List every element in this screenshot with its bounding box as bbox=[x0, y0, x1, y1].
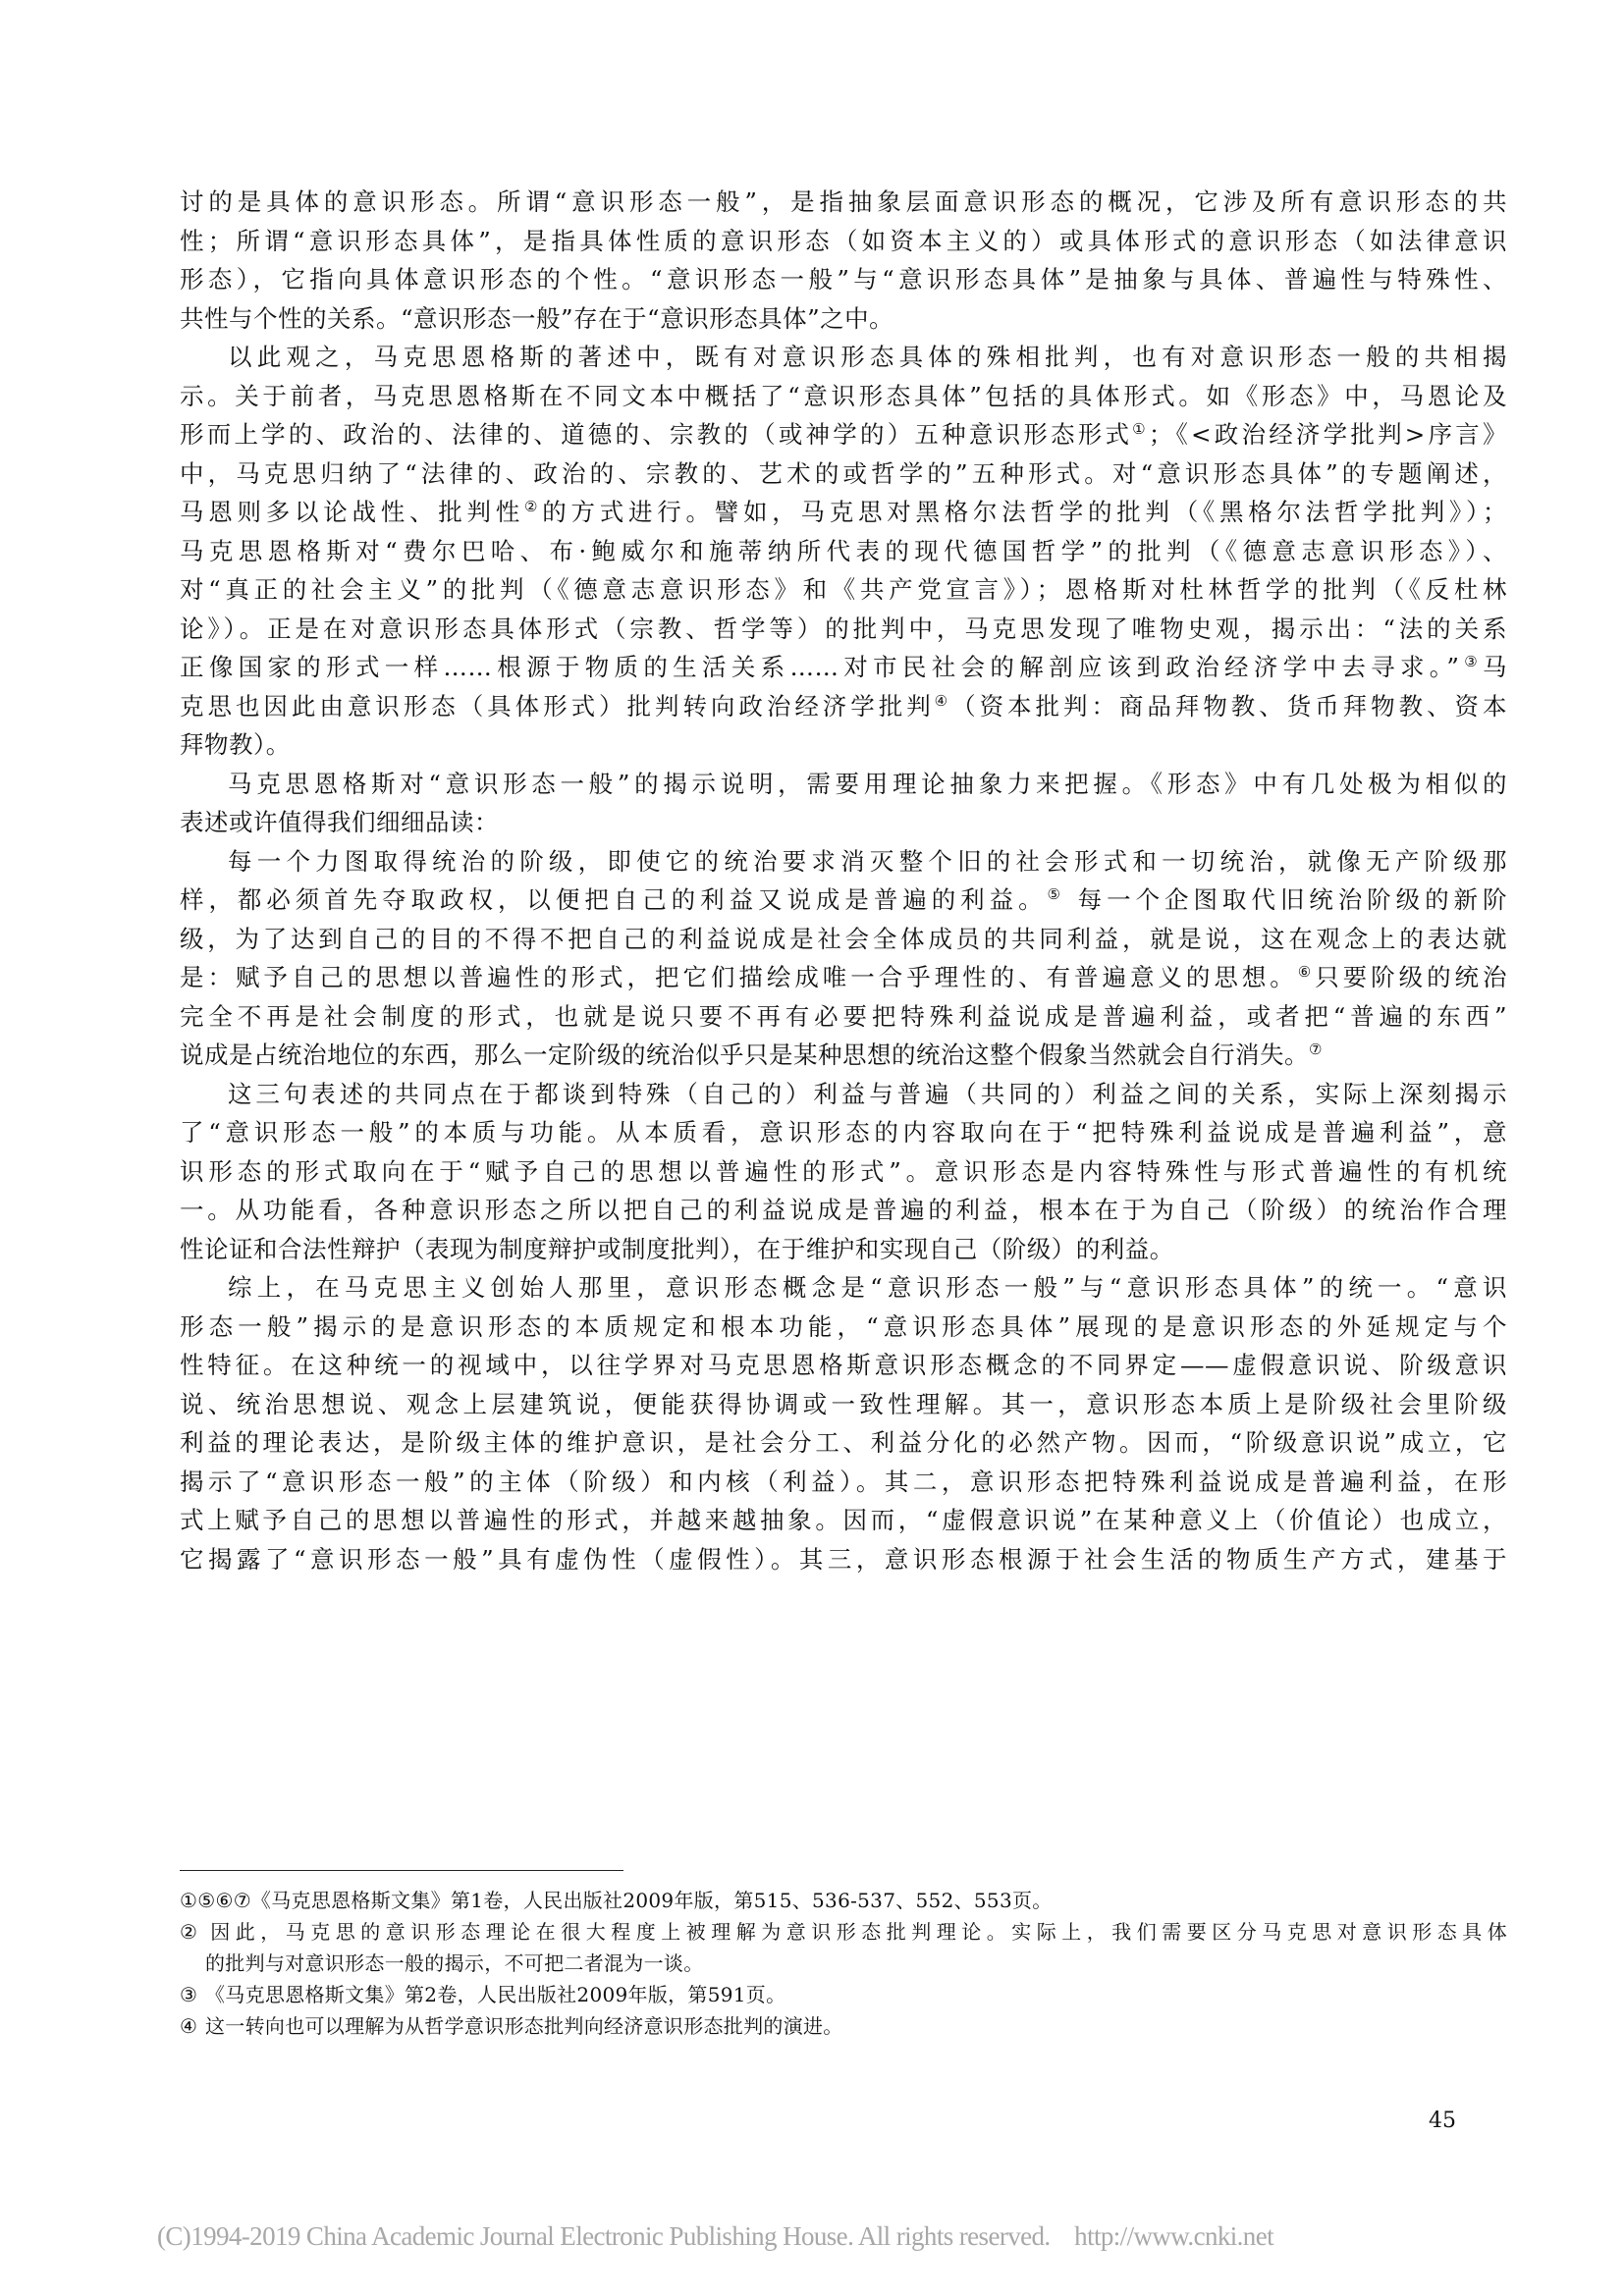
text-span: 说成是占统治地位的东西，那么一定阶级的统治似乎只是某种思想的统治这整个假象当然就… bbox=[180, 1041, 1309, 1069]
text-line: 每一个力图取得统治的阶级，即使它的统治要求消灭整个旧的社会形式和一切统治，就像无… bbox=[180, 842, 1507, 881]
text-span: 只要阶级的统治 bbox=[1315, 963, 1507, 991]
text-line: 马克思恩格斯对“意识形态一般”的揭示说明，需要用理论抽象力来把握。《形态》中有几… bbox=[180, 765, 1507, 804]
text-line: 说成是占统治地位的东西，那么一定阶级的统治似乎只是某种思想的统治这整个假象当然就… bbox=[180, 1036, 1507, 1075]
text-line: 了“意识形态一般”的本质与功能。从本质看，意识形态的内容取向在于“把特殊利益说成… bbox=[180, 1113, 1507, 1152]
text-line: 性论证和合法性辩护（表现为制度辩护或制度批判），在于维护和实现自己（阶级）的利益… bbox=[180, 1230, 1507, 1269]
footnote-mark: ② bbox=[180, 1916, 205, 1948]
footnotes: ①⑤⑥⑦《马克思恩格斯文集》第1卷，人民出版社2009年版，第515、536-5… bbox=[180, 1885, 1507, 2042]
body-text: 讨的是具体的意识形态。所谓“意识形态一般”，是指抽象层面意识形态的概况，它涉及所… bbox=[180, 183, 1507, 1578]
text-line: 马克思恩格斯对“费尔巴哈、布·鲍威尔和施蒂纳所代表的现代德国哲学”的批判（《德意… bbox=[180, 532, 1507, 571]
text-line: 一。从功能看，各种意识形态之所以把自己的利益说成是普遍的利益，根本在于为自己（阶… bbox=[180, 1191, 1507, 1230]
footnote-ref-1[interactable]: ① bbox=[1132, 420, 1149, 438]
footnote-divider bbox=[180, 1870, 623, 1871]
text-line: 说、统治思想说、观念上层建筑说，便能获得协调或一致性理解。其一，意识形态本质上是… bbox=[180, 1385, 1507, 1424]
text-line: 级，为了达到自己的目的不得不把自己的利益说成是社会全体成员的共同利益，就是说，这… bbox=[180, 920, 1507, 959]
paragraph: 这三句表述的共同点在于都谈到特殊（自己的）利益与普遍（共同的）利益之间的关系，实… bbox=[180, 1075, 1507, 1269]
text-line: 论》）。正是在对意识形态具体形式（宗教、哲学等）的批判中，马克思发现了唯物史观，… bbox=[180, 610, 1507, 649]
paragraph: 马克思恩格斯对“意识形态一般”的揭示说明，需要用理论抽象力来把握。《形态》中有几… bbox=[180, 765, 1507, 842]
footnote-mark: ③ bbox=[180, 1979, 205, 2010]
text-line: 共性与个性的关系。“意识形态一般”存在于“意识形态具体”之中。 bbox=[180, 299, 1507, 339]
text-line: 形态），它指向具体意识形态的个性。“意识形态一般”与“意识形态具体”是抽象与具体… bbox=[180, 260, 1507, 299]
text-line: 以此观之，马克思恩格斯的著述中，既有对意识形态具体的殊相批判，也有对意识形态一般… bbox=[180, 338, 1507, 377]
footnote-ref-6[interactable]: ⑥ bbox=[1298, 963, 1315, 981]
text-line: 式上赋予自己的思想以普遍性的形式，并越来越抽象。因而，“虚假意识说”在某种意义上… bbox=[180, 1501, 1507, 1540]
footnote-ref-3[interactable]: ③ bbox=[1459, 653, 1483, 670]
text-span: 每一个企图取代旧统治阶级的新阶 bbox=[1065, 885, 1507, 914]
footnote-2: ②因此，马克思的意识形态理论在很大程度上被理解为意识形态批判理论。实际上，我们需… bbox=[180, 1916, 1507, 1948]
text-span: 克思也因此由意识形态（具体形式）批判转向政治经济学批判 bbox=[180, 692, 935, 721]
text-line: 中，马克思归纳了“法律的、政治的、宗教的、艺术的或哲学的”五种形式。对“意识形态… bbox=[180, 454, 1507, 494]
text-span: 样，都必须首先夺取政权，以便把自己的利益又说成是普遍的利益。 bbox=[180, 885, 1048, 914]
text-line: 揭示了“意识形态一般”的主体（阶级）和内核（利益）。其二，意识形态把特殊利益说成… bbox=[180, 1463, 1507, 1502]
footnote-ref-4[interactable]: ④ bbox=[935, 692, 951, 710]
text-span: 形而上学的、政治的、法律的、道德的、宗教的（或神学的）五种意识形态形式 bbox=[180, 420, 1132, 449]
copyright-watermark: (C)1994-2019 China Academic Journal Elec… bbox=[157, 2221, 1273, 2252]
footnote-mark: ①⑤⑥⑦ bbox=[180, 1885, 251, 1916]
text-span: 马 bbox=[1483, 653, 1507, 681]
footnote-3: ③《马克思恩格斯文集》第2卷，人民出版社2009年版，第591页。 bbox=[180, 1979, 1507, 2010]
text-line: 完全不再是社会制度的形式，也就是说只要不再有必要把特殊利益说成是普遍利益，或者把… bbox=[180, 997, 1507, 1037]
footnote-ref-7[interactable]: ⑦ bbox=[1309, 1041, 1323, 1058]
text-line: 讨的是具体的意识形态。所谓“意识形态一般”，是指抽象层面意识形态的概况，它涉及所… bbox=[180, 183, 1507, 222]
footnote-1-5-6-7: ①⑤⑥⑦《马克思恩格斯文集》第1卷，人民出版社2009年版，第515、536-5… bbox=[180, 1885, 1507, 1916]
footnote-ref-2[interactable]: ② bbox=[524, 498, 542, 515]
paragraph: 以此观之，马克思恩格斯的著述中，既有对意识形态具体的殊相批判，也有对意识形态一般… bbox=[180, 338, 1507, 765]
text-line: 克思也因此由意识形态（具体形式）批判转向政治经济学批判④（资本批判：商品拜物教、… bbox=[180, 687, 1507, 726]
page-number: 45 bbox=[1429, 2109, 1456, 2133]
quotation: 每一个力图取得统治的阶级，即使它的统治要求消灭整个旧的社会形式和一切统治，就像无… bbox=[180, 842, 1507, 1075]
footnote-2-continued: 的批判与对意识形态一般的揭示，不可把二者混为一谈。 bbox=[180, 1948, 1507, 1979]
text-span: 的方式进行。譬如，马克思对黑格尔法哲学的批判（《黑格尔法哲学批判》）； bbox=[542, 498, 1507, 526]
text-span: （资本批判：商品拜物教、货币拜物教、资本 bbox=[951, 692, 1507, 721]
text-line: 形态一般”揭示的是意识形态的本质规定和根本功能，“意识形态具体”展现的是意识形态… bbox=[180, 1308, 1507, 1347]
text-line: 性特征。在这种统一的视域中，以往学界对马克思恩格斯意识形态概念的不同界定——虚假… bbox=[180, 1346, 1507, 1385]
text-line: 利益的理论表达，是阶级主体的维护意识，是社会分工、利益分化的必然产物。因而，“阶… bbox=[180, 1423, 1507, 1463]
footnote-text: 《马克思恩格斯文集》第1卷，人民出版社2009年版，第515、536-537、5… bbox=[251, 1889, 1053, 1912]
text-line: 是：赋予自己的思想以普遍性的形式，把它们描绘成唯一合乎理性的、有普遍意义的思想。… bbox=[180, 958, 1507, 997]
paragraph: 综上，在马克思主义创始人那里，意识形态概念是“意识形态一般”与“意识形态具体”的… bbox=[180, 1268, 1507, 1578]
text-line: 样，都必须首先夺取政权，以便把自己的利益又说成是普遍的利益。⑤ 每一个企图取代旧… bbox=[180, 881, 1507, 920]
text-line: 示。关于前者，马克思恩格斯在不同文本中概括了“意识形态具体”包括的具体形式。如《… bbox=[180, 377, 1507, 416]
text-line: 拜物教）。 bbox=[180, 725, 1507, 765]
text-span: 正像国家的形式一样……根源于物质的生活关系……对市民社会的解剖应该到政治经济学中… bbox=[180, 653, 1459, 681]
footnote-text: 《马克思恩格斯文集》第2卷，人民出版社2009年版，第591页。 bbox=[205, 1983, 785, 2006]
text-line: 形而上学的、政治的、法律的、道德的、宗教的（或神学的）五种意识形态形式①；《<政… bbox=[180, 415, 1507, 454]
text-line: 对“真正的社会主义”的批判（《德意志意识形态》和《共产党宣言》）；恩格斯对杜林哲… bbox=[180, 570, 1507, 610]
text-line: 马恩则多以论战性、批判性②的方式进行。譬如，马克思对黑格尔法哲学的批判（《黑格尔… bbox=[180, 493, 1507, 532]
footnote-text: 这一转向也可以理解为从哲学意识形态批判向经济意识形态批判的演进。 bbox=[205, 2014, 843, 2038]
text-line: 它揭露了“意识形态一般”具有虚伪性（虚假性）。其三，意识形态根源于社会生活的物质… bbox=[180, 1540, 1507, 1579]
text-span: 是：赋予自己的思想以普遍性的形式，把它们描绘成唯一合乎理性的、有普遍意义的思想。 bbox=[180, 963, 1298, 991]
footnote-ref-5[interactable]: ⑤ bbox=[1048, 885, 1065, 903]
document-page: 讨的是具体的意识形态。所谓“意识形态一般”，是指抽象层面意识形态的概况，它涉及所… bbox=[0, 0, 1624, 2296]
footnote-mark: ④ bbox=[180, 2010, 205, 2042]
paragraph: 讨的是具体的意识形态。所谓“意识形态一般”，是指抽象层面意识形态的概况，它涉及所… bbox=[180, 183, 1507, 338]
footnote-4: ④这一转向也可以理解为从哲学意识形态批判向经济意识形态批判的演进。 bbox=[180, 2010, 1507, 2042]
text-line: 性；所谓“意识形态具体”，是指具体性质的意识形态（如资本主义的）或具体形式的意识… bbox=[180, 222, 1507, 261]
text-line: 识形态的形式取向在于“赋予自己的思想以普遍性的形式”。意识形态是内容特殊性与形式… bbox=[180, 1152, 1507, 1192]
text-span: ；《<政治经济学批判>序言》 bbox=[1149, 420, 1507, 449]
text-line: 正像国家的形式一样……根源于物质的生活关系……对市民社会的解剖应该到政治经济学中… bbox=[180, 648, 1507, 687]
text-line: 综上，在马克思主义创始人那里，意识形态概念是“意识形态一般”与“意识形态具体”的… bbox=[180, 1268, 1507, 1308]
text-span: 马恩则多以论战性、批判性 bbox=[180, 498, 524, 526]
footnote-text: 因此，马克思的意识形态理论在很大程度上被理解为意识形态批判理论。实际上，我们需要… bbox=[205, 1920, 1507, 1944]
text-line: 这三句表述的共同点在于都谈到特殊（自己的）利益与普遍（共同的）利益之间的关系，实… bbox=[180, 1075, 1507, 1114]
text-line: 表述或许值得我们细细品读： bbox=[180, 803, 1507, 842]
